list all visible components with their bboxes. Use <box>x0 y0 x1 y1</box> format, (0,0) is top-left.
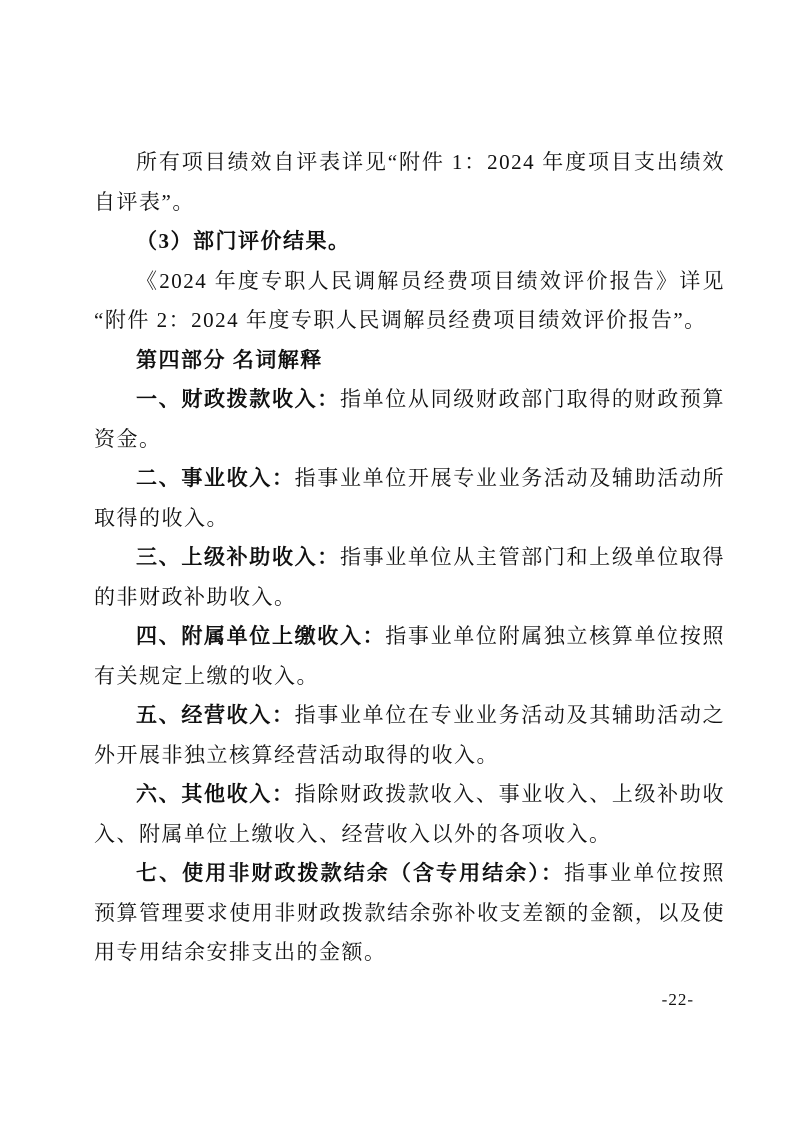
term-1-fiscal-appropriation-income: 一、财政拨款收入：指单位从同级财政部门取得的财政预算资金。 <box>94 380 725 459</box>
document-page: 所有项目绩效自评表详见“附件 1：2024 年度项目支出绩效自评表”。 （3）部… <box>0 0 793 1122</box>
term-2-business-income: 二、事业收入：指事业单位开展专业业务活动及辅助活动所取得的收入。 <box>94 459 725 538</box>
term-6-other-income: 六、其他收入：指除财政拨款收入、事业收入、上级补助收入、附属单位上缴收入、经营收… <box>94 775 725 854</box>
document-body: 所有项目绩效自评表详见“附件 1：2024 年度项目支出绩效自评表”。 （3）部… <box>94 143 725 973</box>
page-number: -22- <box>662 988 694 1012</box>
para-eval-report-note: 《2024 年度专职人民调解员经费项目绩效评价报告》详见“附件 2：2024 年… <box>94 262 725 341</box>
term-7-non-fiscal-balance: 七、使用非财政拨款结余（含专用结余）：指事业单位按照预算管理要求使用非财政拨款结… <box>94 854 725 973</box>
term-label: 六、其他收入： <box>136 782 295 806</box>
paragraph-text: 《2024 年度专职人民调解员经费项目绩效评价报告》详见“附件 2：2024 年… <box>94 269 725 333</box>
paragraph-lead: 第四部分 名词解释 <box>136 348 323 372</box>
term-label: 七、使用非财政拨款结余（含专用结余）： <box>136 861 564 885</box>
term-3-superior-subsidy-income: 三、上级补助收入：指事业单位从主管部门和上级单位取得的非财政补助收入。 <box>94 538 725 617</box>
term-label: 四、附属单位上缴收入： <box>136 624 385 648</box>
term-label: 二、事业收入： <box>136 466 295 490</box>
term-label: 一、财政拨款收入： <box>136 387 340 411</box>
term-4-affiliated-unit-remit-income: 四、附属单位上缴收入：指事业单位附属独立核算单位按照有关规定上缴的收入。 <box>94 617 725 696</box>
term-label: 五、经营收入： <box>136 703 295 727</box>
para-attachment1-note: 所有项目绩效自评表详见“附件 1：2024 年度项目支出绩效自评表”。 <box>94 143 725 222</box>
heading-dept-eval-result: （3）部门评价结果。 <box>94 222 725 262</box>
term-label: 三、上级补助收入： <box>136 545 340 569</box>
term-5-operating-income: 五、经营收入：指事业单位在专业业务活动及其辅助活动之外开展非独立核算经营活动取得… <box>94 696 725 775</box>
heading-part4-glossary: 第四部分 名词解释 <box>94 341 725 381</box>
paragraph-text: 所有项目绩效自评表详见“附件 1：2024 年度项目支出绩效自评表”。 <box>94 150 725 214</box>
paragraph-lead: （3）部门评价结果。 <box>136 229 351 253</box>
